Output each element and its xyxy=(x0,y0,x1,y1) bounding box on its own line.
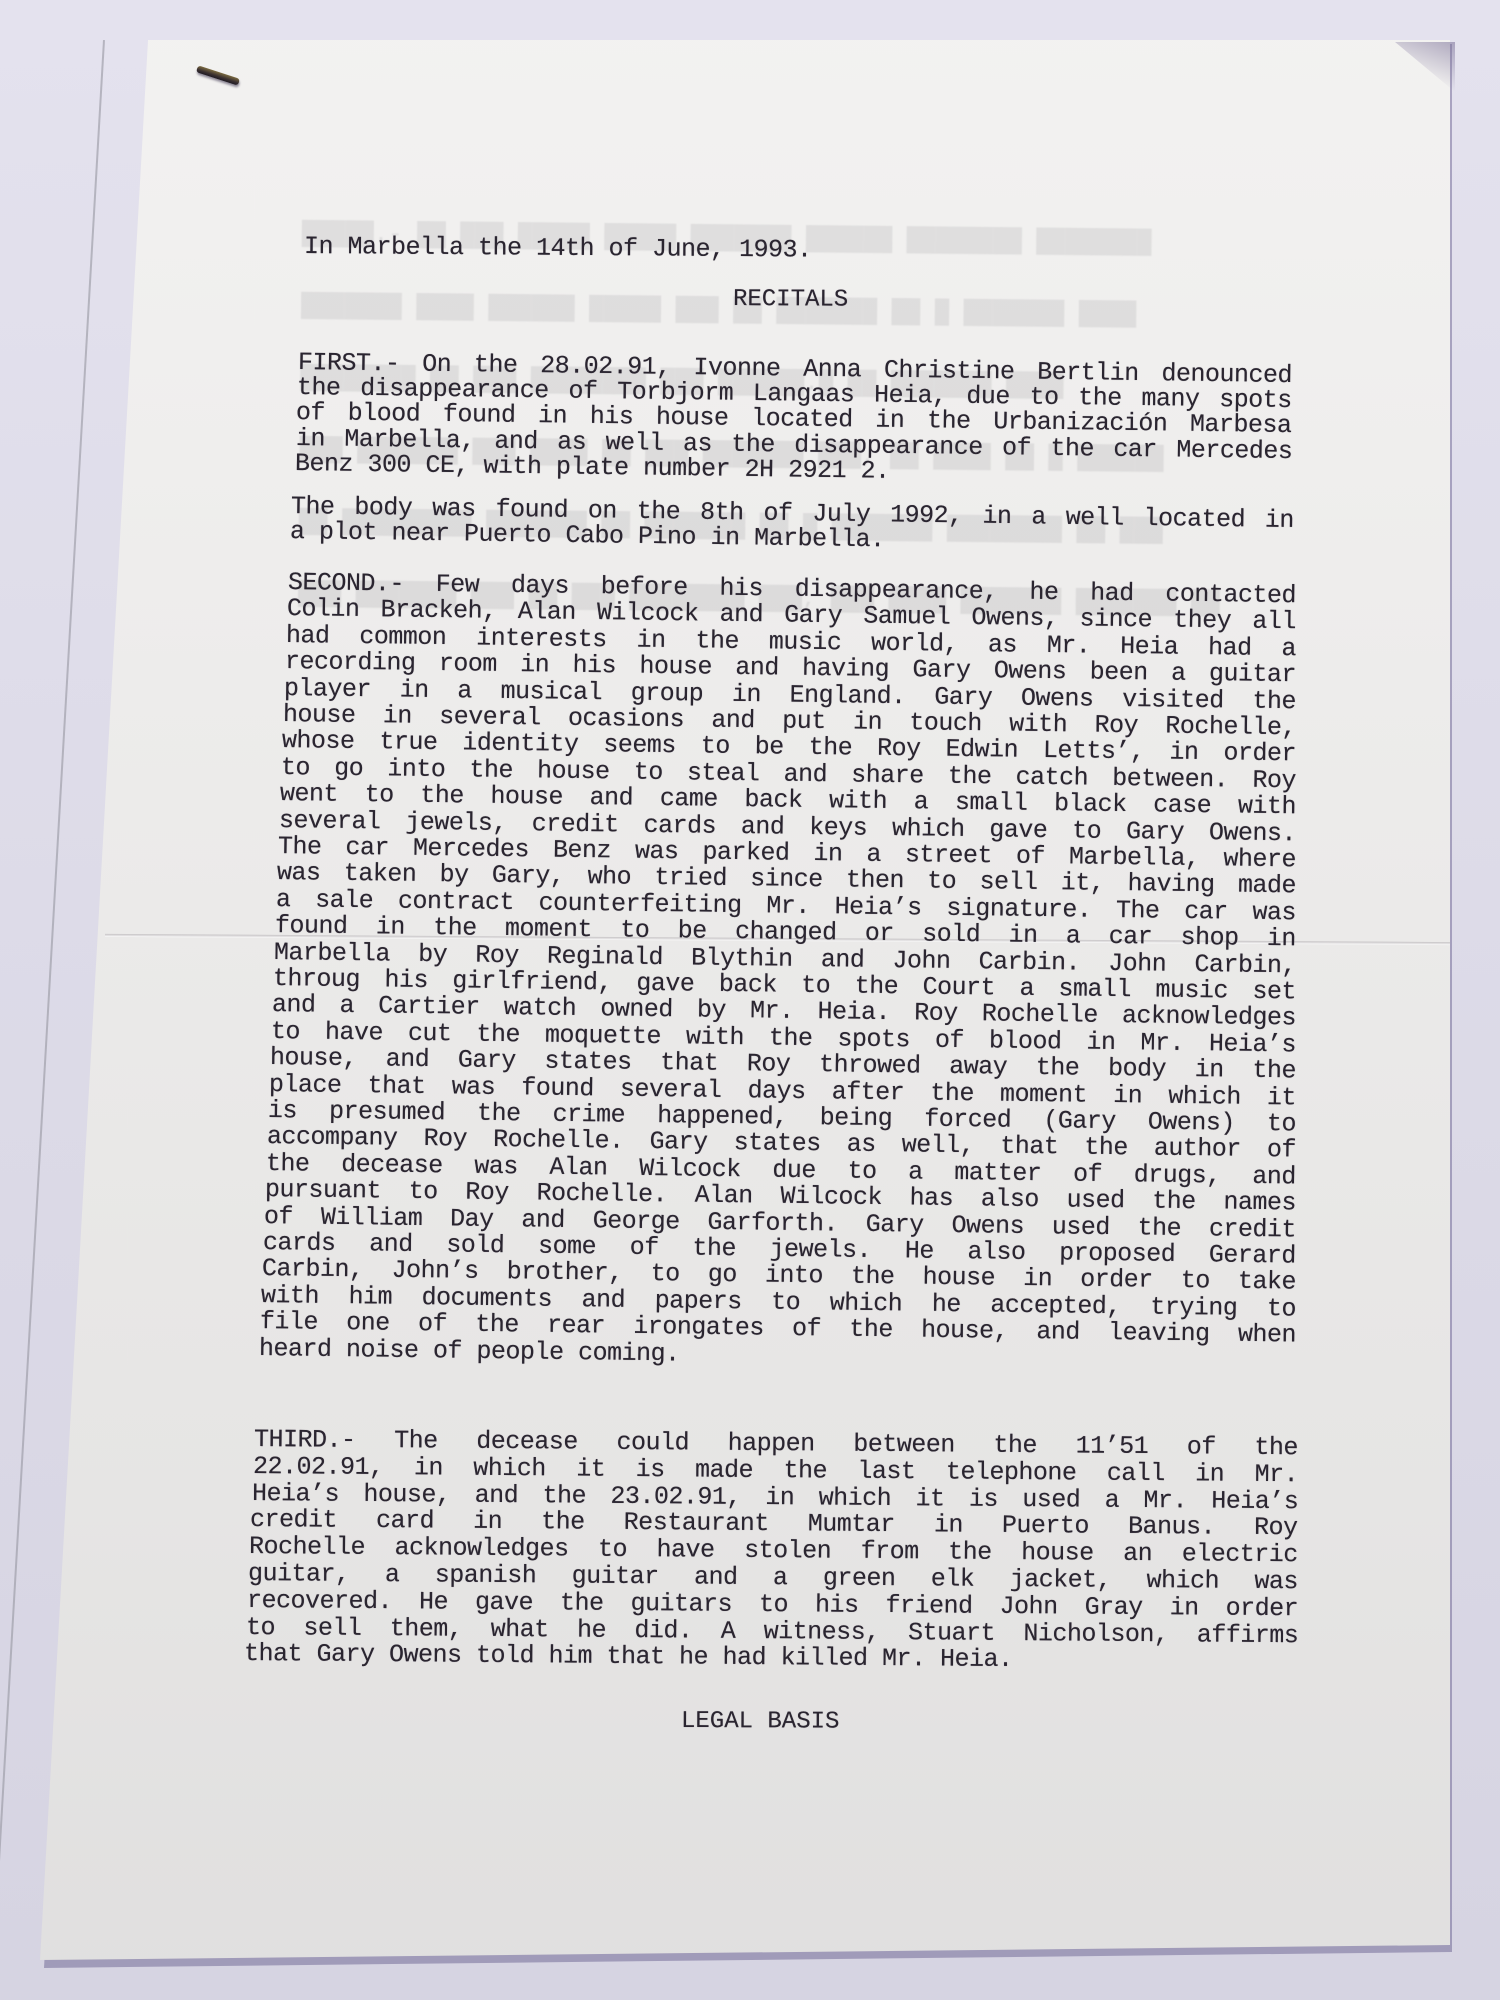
text-line: that Gary Owens told him that he had kil… xyxy=(244,1639,1013,1674)
text-line: heard noise of people coming. xyxy=(259,1334,680,1369)
section-title-recitals: RECITALS xyxy=(733,286,848,314)
date-line: In Marbella the 14th of June, 1993. xyxy=(304,232,812,265)
section-title-legal-basis: LEGAL BASIS xyxy=(681,1708,840,1736)
document-body: In Marbella the 14th of June, 1993. RECI… xyxy=(0,0,1500,2000)
